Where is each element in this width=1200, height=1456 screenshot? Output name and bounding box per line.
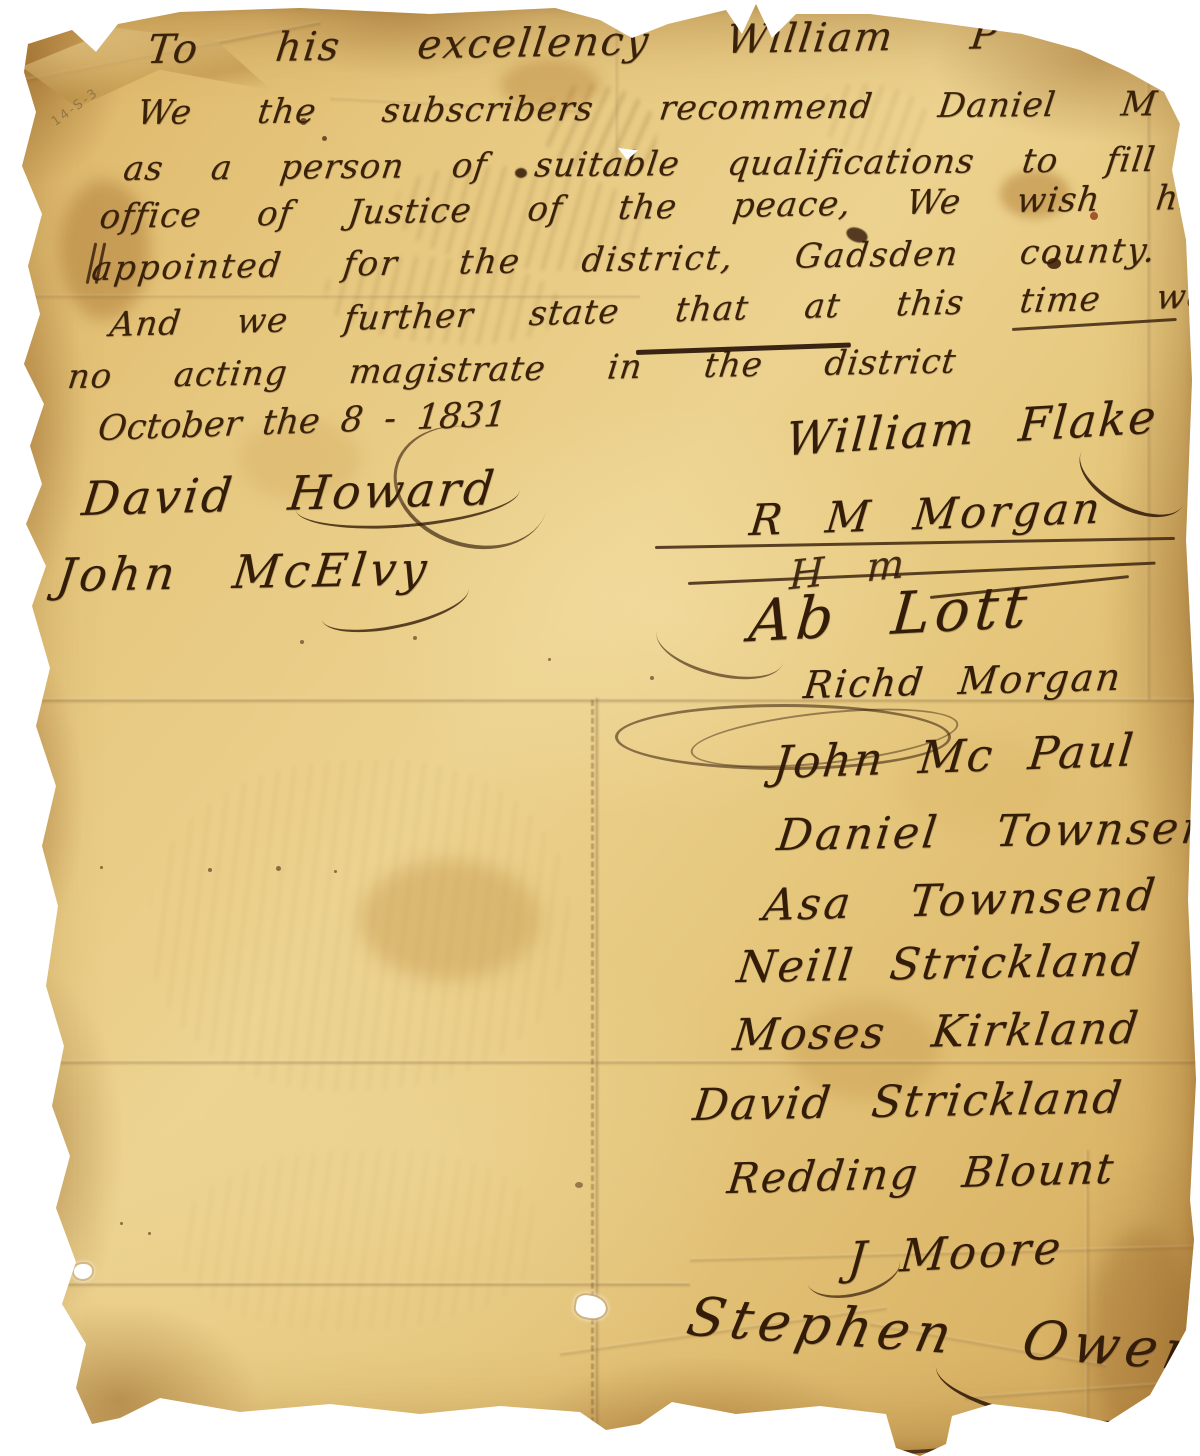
paper-hole <box>74 1264 92 1279</box>
paper-stain <box>360 860 540 980</box>
body-line-2: as a person of suitable qualifications t… <box>122 142 1200 186</box>
ink-speck <box>120 1222 123 1225</box>
ink-blot <box>300 118 307 125</box>
signature-underswash <box>754 1404 980 1456</box>
ink-blot <box>1090 212 1098 220</box>
scanned-document: 14-S-3 To his excellency William P Duval… <box>0 0 1200 1456</box>
signature-richd-morgan: Richd Morgan <box>802 658 1125 704</box>
signature-neill-strickland: Neill Strickland <box>735 939 1144 990</box>
ink-blot <box>1047 258 1061 269</box>
paper-hole <box>574 1294 607 1321</box>
body-line-4: appointed for the district, Gadsden coun… <box>90 233 1159 286</box>
fold-crease-vertical <box>614 0 620 160</box>
ink-blot <box>575 1182 583 1188</box>
fold-crease-vertical <box>594 698 600 1456</box>
ink-speck <box>148 1232 151 1235</box>
ink-speck <box>548 658 551 661</box>
bleedthrough-smudge <box>177 1144 543 1336</box>
salutation-line: To his excellency William P Duval <box>145 12 1200 71</box>
signature-asa-townsend: Asa Townsend <box>761 874 1160 928</box>
body-line-3: office of Justice of the peace, We wish … <box>98 180 1200 234</box>
ink-blot <box>322 136 327 141</box>
ink-speck <box>413 636 417 640</box>
body-line-6: no acting magistrate in the district <box>66 344 959 394</box>
fold-crease-horizontal <box>0 1282 690 1288</box>
ink-speck <box>334 870 337 873</box>
ink-speck <box>650 676 654 680</box>
signature-moses-kirkland: Moses Kirkland <box>731 1007 1143 1058</box>
ink-speck <box>100 866 103 869</box>
signature-daniel-townsend: Daniel Townsend <box>775 806 1200 858</box>
paper-sheet: 14-S-3 To his excellency William P Duval… <box>0 0 1200 1456</box>
ink-blot <box>515 168 527 178</box>
fold-crease-horizontal <box>0 1060 1200 1066</box>
signature-rm-morgan: R M Morgan <box>747 488 1104 544</box>
ink-speck <box>276 866 281 871</box>
body-line-1: We the subscribers recommend Daniel M Hi… <box>136 85 1200 130</box>
crease-stitch-marks <box>591 700 594 1450</box>
fold-crease-vertical <box>1146 36 1152 700</box>
signature-ab-lott: Ab Lott <box>747 577 1034 650</box>
ink-speck <box>300 640 304 644</box>
signature-redding-blount: Redding Blount <box>725 1148 1117 1200</box>
ink-speck <box>208 868 212 872</box>
signature-david-strickland: David Strickland <box>691 1077 1126 1129</box>
